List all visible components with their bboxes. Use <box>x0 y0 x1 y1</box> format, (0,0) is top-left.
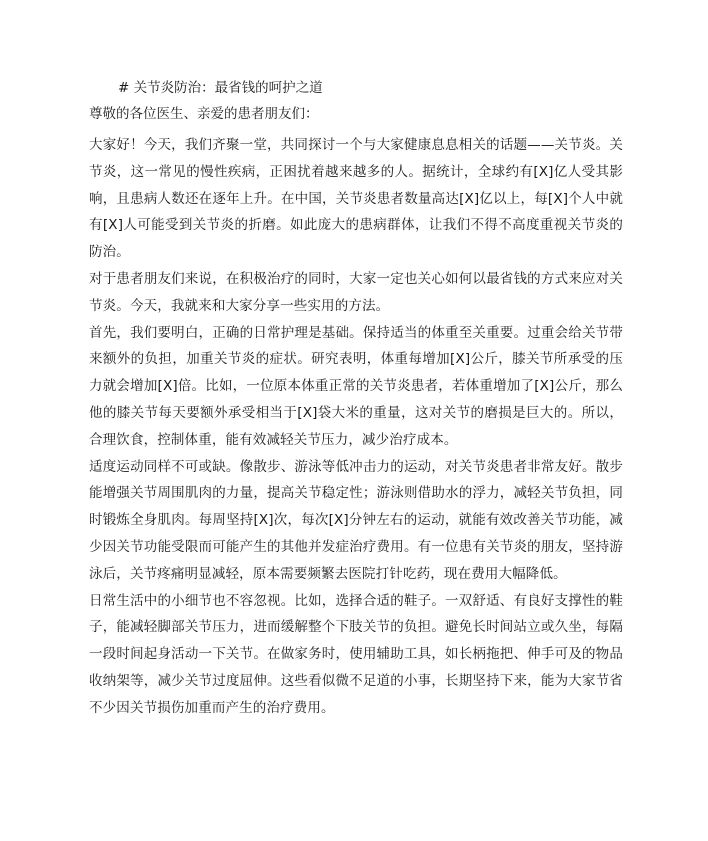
paragraph-daily-care: 首先，我们要明白，正确的日常护理是基础。保持适当的体重至关重要。过重会给关节带来… <box>89 320 623 454</box>
greeting-line: 尊敬的各位医生、亲爱的患者朋友们： <box>89 104 623 124</box>
paragraph-daily-details: 日常生活中的小细节也不容忽视。比如，选择合适的鞋子。一双舒适、有良好支撑性的鞋子… <box>89 588 623 722</box>
paragraph-cost-concern: 对于患者朋友们来说，在积极治疗的同时，大家一定也关心如何以最省钱的方式来应对关节… <box>89 266 623 320</box>
paragraph-exercise: 适度运动同样不可或缺。像散步、游泳等低冲击力的运动，对关节炎患者非常友好。散步能… <box>89 454 623 588</box>
paragraph-intro: 大家好！今天，我们齐聚一堂，共同探讨一个与大家健康息息相关的话题——关节炎。关节… <box>89 132 623 266</box>
document-title: # 关节炎防治：最省钱的呵护之道 <box>89 78 623 98</box>
document-page: # 关节炎防治：最省钱的呵护之道 尊敬的各位医生、亲爱的患者朋友们： 大家好！今… <box>89 78 623 722</box>
